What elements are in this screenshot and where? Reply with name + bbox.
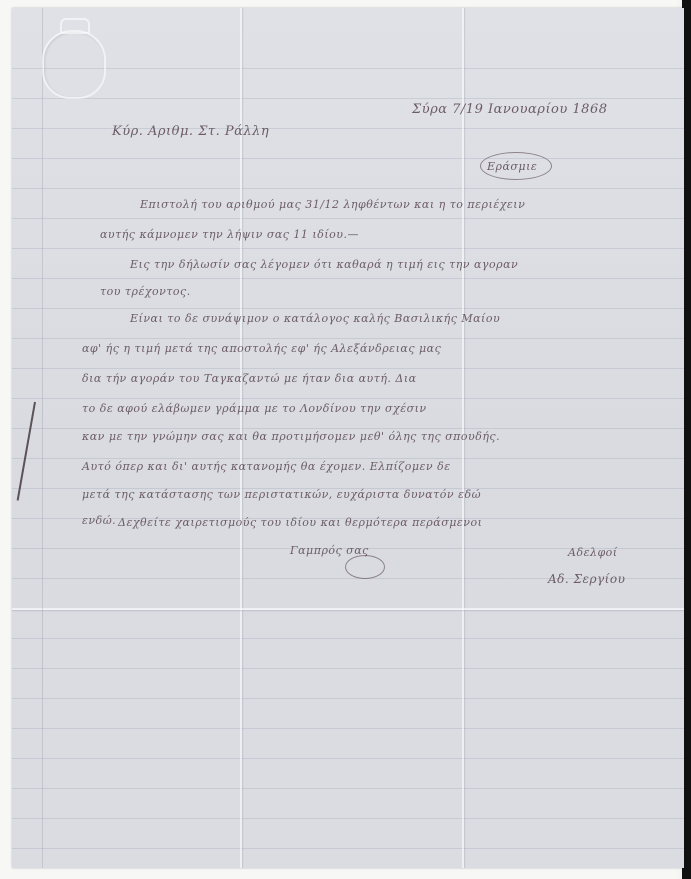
signature: Αδ. Σεργίου (548, 572, 625, 586)
body-line: μετά της κατάστασης των περιστατικών, ευ… (82, 488, 481, 501)
body-line: Επιστολή του αριθμού μας 31/12 ληφθέντων… (140, 198, 525, 211)
body-line: καν με την γνώμην σας και θα προτιμήσομε… (82, 430, 500, 443)
closing-line: Δεχθείτε χαιρετισμούς του ιδίου και θερμ… (118, 516, 482, 529)
body-line: αφ' ής η τιμή μετά της αποστολής εφ' ής … (82, 342, 441, 355)
crest-emblem-icon (42, 30, 106, 99)
fold-line (12, 608, 684, 610)
body-line: Αυτό όπερ και δι' αυτής κατανομής θα έχο… (82, 460, 451, 473)
closing-right: Αδελφοί (568, 546, 618, 559)
body-line: Εις την δήλωσίν σας λέγομεν ότι καθαρά η… (130, 258, 518, 271)
body-line: του τρέχοντος. (100, 285, 191, 298)
body-line: δια τήν αγοράν του Ταγκαζαντώ με ήταν δι… (82, 372, 417, 385)
dateline: Σύρα 7/19 Ιανουαρίου 1868 (412, 102, 607, 117)
salutation: Κύρ. Αριθμ. Στ. Ράλλη (112, 124, 269, 139)
flourish (345, 555, 385, 579)
flourish (480, 152, 552, 180)
body-line: αυτής κάμνομεν την λήψιν σας 11 ιδίου.— (100, 228, 359, 241)
body-line: Είναι το δε συνάψιμον ο κατάλογος καλής … (130, 312, 500, 325)
body-line: το δε αφού ελάβωμεν γράμμα με το Λονδίνο… (82, 402, 427, 415)
body-line: ενδώ. (82, 514, 116, 527)
